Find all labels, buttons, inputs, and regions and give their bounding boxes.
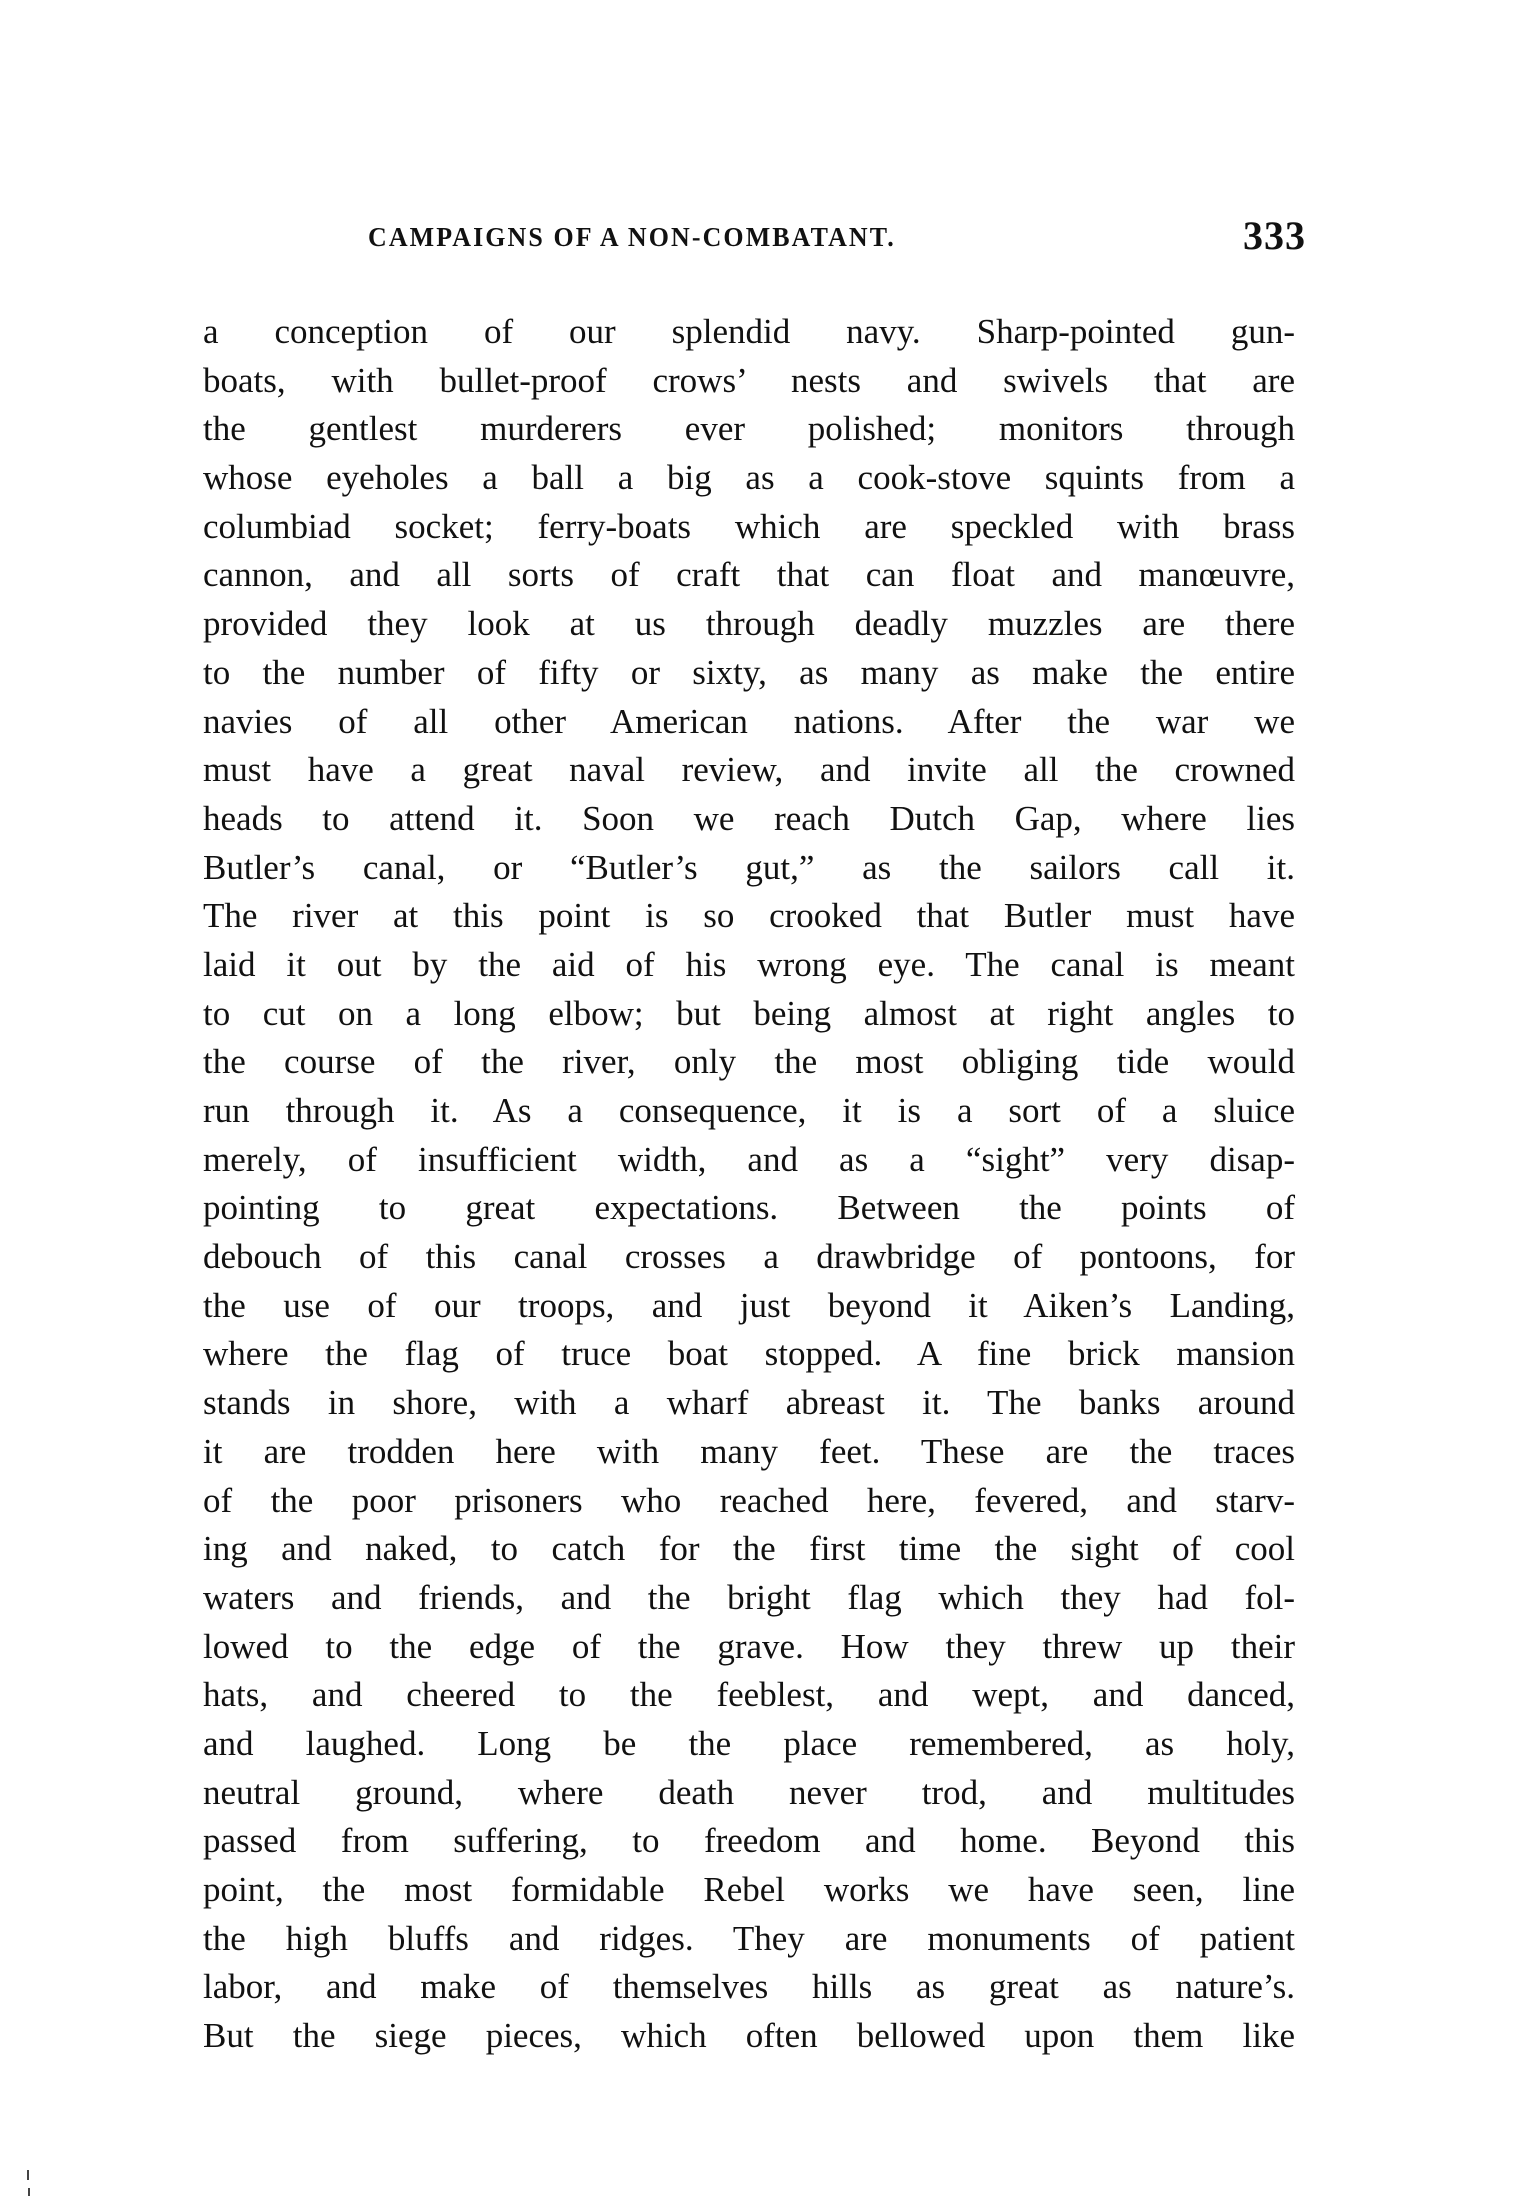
- text-line: labor, and make of themselves hills as g…: [203, 1963, 1295, 2012]
- text-line: The river at this point is so crooked th…: [203, 892, 1295, 941]
- text-line: to cut on a long elbow; but being almost…: [203, 990, 1295, 1039]
- body-paragraph: a conception of our splendid navy. Sharp…: [203, 308, 1295, 2061]
- text-line: Butler’s canal, or “Butler’s gut,” as th…: [203, 844, 1295, 893]
- text-line: to the number of fifty or sixty, as many…: [203, 649, 1295, 698]
- text-line: and laughed. Long be the place remembere…: [203, 1720, 1295, 1769]
- text-line: provided they look at us through deadly …: [203, 600, 1295, 649]
- text-line: cannon, and all sorts of craft that can …: [203, 551, 1295, 600]
- text-line: hats, and cheered to the feeblest, and w…: [203, 1671, 1295, 1720]
- text-line: a conception of our splendid navy. Sharp…: [203, 308, 1295, 357]
- text-line: columbiad socket; ferry-boats which are …: [203, 503, 1295, 552]
- scan-margin-mark: [27, 2170, 29, 2180]
- text-line: it are trodden here with many feet. Thes…: [203, 1428, 1295, 1477]
- scan-margin-mark: [28, 2188, 30, 2196]
- text-line: must have a great naval review, and invi…: [203, 746, 1295, 795]
- text-line: waters and friends, and the bright flag …: [203, 1574, 1295, 1623]
- text-line: point, the most formidable Rebel works w…: [203, 1866, 1295, 1915]
- text-line: heads to attend it. Soon we reach Dutch …: [203, 795, 1295, 844]
- text-line: But the siege pieces, which often bellow…: [203, 2012, 1295, 2061]
- text-line: ing and naked, to catch for the first ti…: [203, 1525, 1295, 1574]
- text-line: passed from suffering, to freedom and ho…: [203, 1817, 1295, 1866]
- text-line: debouch of this canal crosses a drawbrid…: [203, 1233, 1295, 1282]
- text-line: the high bluffs and ridges. They are mon…: [203, 1915, 1295, 1964]
- page-number: 333: [1243, 212, 1306, 259]
- text-line: the use of our troops, and just beyond i…: [203, 1282, 1295, 1331]
- text-line: pointing to great expectations. Between …: [203, 1184, 1295, 1233]
- text-line: merely, of insufficient width, and as a …: [203, 1136, 1295, 1185]
- text-line: run through it. As a consequence, it is …: [203, 1087, 1295, 1136]
- text-line: the gentlest murderers ever polished; mo…: [203, 405, 1295, 454]
- text-line: laid it out by the aid of his wrong eye.…: [203, 941, 1295, 990]
- text-line: stands in shore, with a wharf abreast it…: [203, 1379, 1295, 1428]
- text-line: neutral ground, where death never trod, …: [203, 1769, 1295, 1818]
- book-page: CAMPAIGNS OF A NON-COMBATANT. 333 a conc…: [0, 0, 1534, 2198]
- text-line: lowed to the edge of the grave. How they…: [203, 1623, 1295, 1672]
- text-line: where the flag of truce boat stopped. A …: [203, 1330, 1295, 1379]
- running-head: CAMPAIGNS OF A NON-COMBATANT. 333: [368, 212, 1296, 262]
- running-title: CAMPAIGNS OF A NON-COMBATANT.: [368, 222, 896, 253]
- text-line: of the poor prisoners who reached here, …: [203, 1477, 1295, 1526]
- text-line: whose eyeholes a ball a big as a cook-st…: [203, 454, 1295, 503]
- text-line: boats, with bullet-proof crows’ nests an…: [203, 357, 1295, 406]
- text-line: navies of all other American nations. Af…: [203, 698, 1295, 747]
- text-line: the course of the river, only the most o…: [203, 1038, 1295, 1087]
